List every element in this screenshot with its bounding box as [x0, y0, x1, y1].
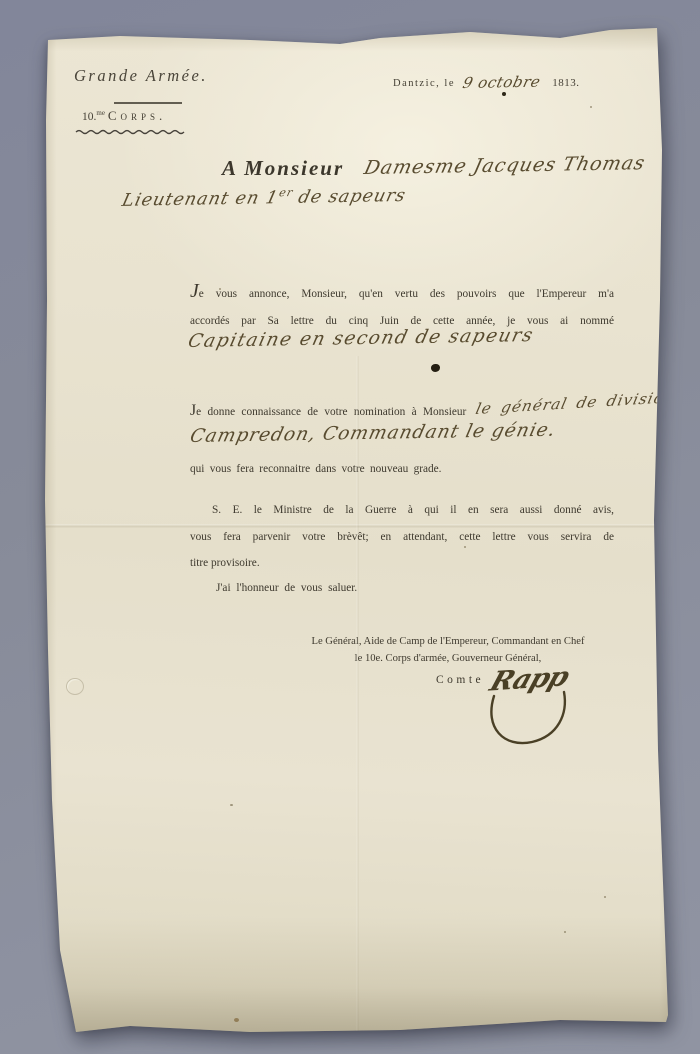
addressee-rank-line: Lieutenant en 1er de sapeurs — [120, 189, 402, 211]
wavy-rule — [74, 128, 192, 136]
paragraph-2-handwritten-inline: le général de division — [474, 388, 677, 418]
corps-ordinal: me — [96, 109, 105, 117]
dateline-handwritten-date: 9 octobre — [461, 73, 542, 92]
addressee-line: A Monsieur Damesme Jacques Thomas — [222, 156, 641, 181]
paper-speck — [230, 804, 233, 806]
paragraph-2-line-3: qui vous fera reconnaitre dans votre nou… — [190, 456, 614, 483]
embossed-seal-mark — [66, 678, 84, 695]
paragraph-3-line-1: S. E. le Ministre de la Guerre à qui il … — [190, 497, 614, 524]
paper-sheet: Grande Armée. 10.me Corps. Dantzic, le 9… — [44, 26, 672, 1038]
army-title: Grande Armée. — [74, 66, 208, 86]
paper-speck — [604, 896, 606, 898]
signature-block-line-1: Le Général, Aide de Camp de l'Empereur, … — [292, 634, 604, 651]
handwritten-signature: Rapp — [474, 650, 614, 760]
addressee-handwritten-name: Damesme Jacques Thomas — [362, 152, 648, 179]
masthead-divider — [114, 102, 182, 104]
closing-line: J'ai l'honneur de vous saluer. — [216, 582, 357, 594]
paragraph-2-line-2: Campredon, Commandant le génie. — [188, 426, 552, 447]
paragraph-1: Je vous annonce, Monsieur, qu'en vertu d… — [190, 278, 614, 334]
corps-number: 10. — [82, 111, 96, 123]
corps-word: Corps. — [108, 108, 166, 123]
paper-speck — [219, 288, 221, 290]
dateline-year: 1813. — [552, 77, 579, 89]
addressee-rank: Lieutenant en 1er de sapeurs — [120, 184, 408, 211]
dateline-place: Dantzic, le — [393, 78, 455, 89]
ink-dot — [502, 92, 506, 96]
paragraph-3-line-2: vous fera parvenir votre brèvêt; en atte… — [190, 524, 614, 551]
ink-blot — [431, 364, 440, 372]
paragraph-2-line-1: Je donne connaissance de votre nominatio… — [190, 400, 670, 420]
paragraph-3: S. E. le Ministre de la Guerre à qui il … — [190, 497, 614, 577]
paragraph-3-line-3: titre provisoire. — [190, 550, 614, 577]
handwritten-rank-line: Capitaine en second de sapeurs — [186, 331, 530, 352]
paragraph-2-handwritten-line: Campredon, Commandant le génie. — [188, 420, 558, 447]
paragraph-1-line-1: Je vous annonce, Monsieur, qu'en vertu d… — [190, 278, 614, 308]
corps-title: 10.me Corps. — [82, 108, 166, 124]
signature-flourish — [480, 684, 600, 760]
paragraph-2-printed: Je donne connaissance de votre nominatio… — [190, 406, 466, 418]
paper-speck — [564, 931, 566, 933]
salutation: A Monsieur — [222, 156, 344, 180]
photo-background: { "colors": { "background": "#878b99", "… — [0, 0, 700, 1054]
letter-document: Grande Armée. 10.me Corps. Dantzic, le 9… — [44, 26, 672, 1038]
dateline: Dantzic, le 9 octobre 1813. — [393, 74, 579, 92]
paper-stain — [234, 1018, 239, 1022]
paper-speck — [590, 106, 592, 108]
paper-speck — [464, 546, 466, 548]
